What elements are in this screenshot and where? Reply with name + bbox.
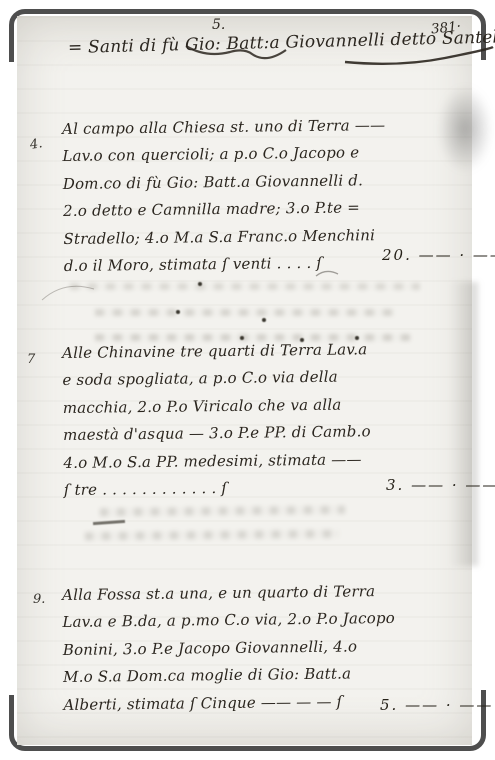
ink-speck <box>262 318 266 322</box>
entry-line: Dom.co di fù Gio: Batt.a Giovannelli d. <box>63 171 408 203</box>
appraisal-amount: 20. —— · —— <box>382 246 495 264</box>
appraisal-amount: 5. —— · —— <box>380 696 493 714</box>
entry-line: Lav.o con quercioli; a p.o C.o Jacopo e <box>62 143 407 175</box>
entry-line: Lav.a e B.da, a p.mo C.o via, 2.o P.o Ja… <box>62 609 407 641</box>
estimo-entry: Alle Chinavine tre quarti di Terra Lav.a… <box>62 340 409 509</box>
entry-line: Alberti, stimata ſ Cinque —— — — ſ <box>63 691 408 723</box>
margin-number: 9. <box>33 592 45 607</box>
entry-line: Al campo alla Chiesa st. uno di Terra —— <box>62 116 407 148</box>
ink-speck <box>176 310 180 314</box>
entry-line: 4.o M.o S.a PP. medesimi, stimata —— <box>63 449 408 481</box>
estimo-entry: Alla Fossa st.a una, e un quarto di Terr… <box>62 582 409 723</box>
entry-line: ſ tre . . . . . . . . . . . . ſ <box>64 477 409 509</box>
scanned-manuscript-page: 5. 381· = Santi di fù Gio: Batt:a Giovan… <box>0 0 495 760</box>
frame-washout-right <box>473 60 495 690</box>
entry-line: 2.o detto e Camnilla madre; 3.o P.te = <box>63 198 408 230</box>
estimo-entry: Al campo alla Chiesa st. uno di Terra ——… <box>62 116 409 285</box>
entry-line: d.o il Moro, stimata ſ venti . . . . ſ <box>64 253 409 285</box>
bleedthrough-streak <box>70 283 420 290</box>
entry-line: maestà d'asqua — 3.o P.e PP. di Camb.o <box>63 422 408 454</box>
entry-line: Stradello; 4.o M.a S.a Franc.o Menchini <box>63 225 408 257</box>
entry-line: Alle Chinavine tre quarti di Terra Lav.a <box>62 340 407 372</box>
ink-speck <box>240 336 244 340</box>
margin-number: 4. <box>29 136 43 153</box>
entry-line: Bonini, 3.o P.e Jacopo Giovannelli, 4.o <box>63 637 408 669</box>
margin-number: 7 <box>27 352 35 367</box>
entry-line: Alla Fossa st.a una, e un quarto di Terr… <box>62 582 407 614</box>
filza-number: 5. <box>212 17 225 33</box>
entry-line: M.o S.a Dom.ca moglie di Gio: Batt.a <box>63 664 408 696</box>
entry-line: e soda spogliata, a p.o C.o via della <box>62 367 407 399</box>
entry-line: macchia, 2.o P.o Viricalo che va alla <box>63 395 408 427</box>
bleedthrough-streak <box>95 309 395 316</box>
appraisal-amount: 3. —— · —— <box>386 476 495 494</box>
